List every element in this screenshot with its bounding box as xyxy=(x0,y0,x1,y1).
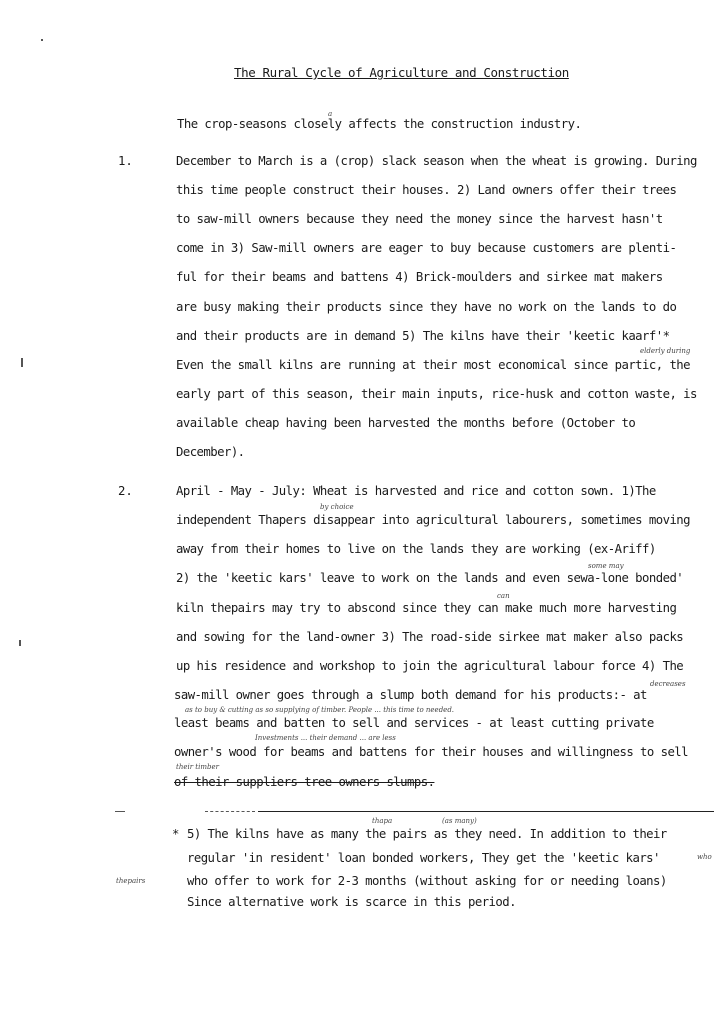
intro-line: The crop-seasons closely affects the con… xyxy=(177,117,581,131)
section-line: least beams and batten to sell and servi… xyxy=(174,716,654,730)
section-line: ful for their beams and battens 4) Brick… xyxy=(176,270,663,284)
footnote-line: Since alternative work is scarce in this… xyxy=(187,895,516,909)
footnote-rule-mark xyxy=(115,811,125,812)
handwritten-annotation: who xyxy=(697,853,712,861)
handwritten-annotation: (as many) xyxy=(442,817,477,825)
section-line: saw-mill owner goes through a slump both… xyxy=(174,688,647,702)
handwritten-annotation: thapa xyxy=(372,817,392,825)
handwritten-annotation: some may xyxy=(588,562,624,570)
section-line: this time people construct their houses.… xyxy=(176,183,676,197)
footnote-line: regular 'in resident' loan bonded worker… xyxy=(187,851,660,865)
section-line: away from their homes to live on the lan… xyxy=(176,542,656,556)
margin-mark xyxy=(21,358,23,367)
footnote-marker: * xyxy=(172,827,179,841)
handwritten-annotation: can xyxy=(497,592,510,600)
section-line: 2) the 'keetic kars' leave to work on th… xyxy=(176,571,683,585)
handwritten-annotation: thepairs xyxy=(116,877,145,885)
handwritten-annotation: decreases xyxy=(650,680,686,688)
footnote-rule xyxy=(258,811,714,812)
section-line: early part of this season, their main in… xyxy=(176,387,697,401)
section-line: available cheap having been harvested th… xyxy=(176,416,635,430)
section-line: up his residence and workshop to join th… xyxy=(176,659,683,673)
section-line: and sowing for the land-owner 3) The roa… xyxy=(176,630,683,644)
document-title: The Rural Cycle of Agriculture and Const… xyxy=(234,65,569,80)
section-line: of their suppliers-tree owners-slumps. xyxy=(174,775,434,789)
footnote-line: 5) The kilns have as many the pairs as t… xyxy=(187,827,667,841)
section-line: Even the small kilns are running at thei… xyxy=(176,358,690,372)
section-line: and their products are in demand 5) The … xyxy=(176,329,669,343)
section-line: kiln thepairs may try to abscond since t… xyxy=(176,601,676,615)
handwritten-annotation: a xyxy=(328,110,332,118)
section-line: December). xyxy=(176,445,245,459)
section-line: come in 3) Saw-mill owners are eager to … xyxy=(176,241,676,255)
section-line: are busy making their products since the… xyxy=(176,300,676,314)
section-line: to saw-mill owners because they need the… xyxy=(176,212,663,226)
margin-mark xyxy=(19,640,21,646)
section-line: December to March is a (crop) slack seas… xyxy=(176,154,697,168)
section-line: independent Thapers disappear into agric… xyxy=(176,513,690,527)
handwritten-annotation: Investments ... their demand ... are les… xyxy=(255,734,396,742)
margin-mark xyxy=(41,39,43,41)
document-page: The Rural Cycle of Agriculture and Const… xyxy=(0,0,724,1024)
handwritten-annotation: as to buy & cutting as so supplying of t… xyxy=(185,706,454,714)
section-line: owner's wood for beams and battens for t… xyxy=(174,745,688,759)
handwritten-annotation: by choice xyxy=(320,503,354,511)
footnote-rule-dash xyxy=(205,811,255,813)
section-number: 1. xyxy=(118,154,133,168)
handwritten-annotation: their timber xyxy=(176,763,219,771)
section-line: April - May - July: Wheat is harvested a… xyxy=(176,484,656,498)
section-number: 2. xyxy=(118,484,133,498)
handwritten-annotation: elderly during xyxy=(640,347,690,355)
footnote-line: who offer to work for 2-3 months (withou… xyxy=(187,874,667,888)
